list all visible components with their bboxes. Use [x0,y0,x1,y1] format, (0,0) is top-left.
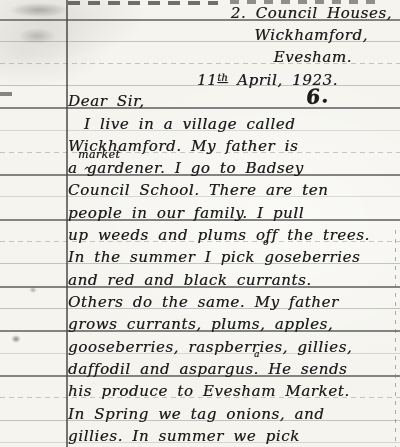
body-line: gillies. In summer we pick [68,426,300,446]
ruled-line [0,107,400,109]
inserted-letter-o: o [263,239,269,248]
body-line: In the summer I pick goseberries [68,247,360,267]
insertion-caret: ^ [83,167,92,177]
body-line: his produce to Evesham Market. [68,381,350,401]
page-edge-perforation [395,230,396,447]
scan-smudge [68,1,218,5]
body-line: and red and black currants. [68,270,312,290]
date-ordinal-superscript: th [217,73,227,84]
scanned-letter-page: 2. Council Houses, Wickhamford, Evesham.… [0,0,400,447]
margin-rule-line [66,0,68,447]
address-line: Wickhamford, [254,25,368,45]
address-line: Evesham. [274,47,352,67]
salutation: Dear Sir, [68,91,145,111]
inserted-letter-a: a [254,351,260,360]
scan-smudge [10,334,22,344]
scan-smudge [14,26,60,46]
body-line: Council School. There are ten [68,180,328,200]
grade-mark: 6. [305,85,329,107]
body-line: grows currants, plums, apples, [68,314,333,334]
body-line: I live in a village called [84,114,295,134]
body-line: gooseberries, raspberries, gillies, [68,337,352,357]
body-line: daffodil and aspargus. He sends [68,359,347,379]
address-line: 2. Council Houses, [231,3,392,23]
scan-smudge [0,92,12,96]
body-line: a gardener. I go to Badsey [68,158,304,178]
body-line: In Spring we tag onions, and [68,404,324,424]
inserted-word-market: market [78,149,120,160]
body-line: up weeds and plums off the trees. [68,225,370,245]
body-line: people in our family. I pull [68,203,304,223]
body-line: Others do the same. My father [68,292,339,312]
date-day: 11 [197,71,217,89]
scan-smudge [6,2,72,18]
